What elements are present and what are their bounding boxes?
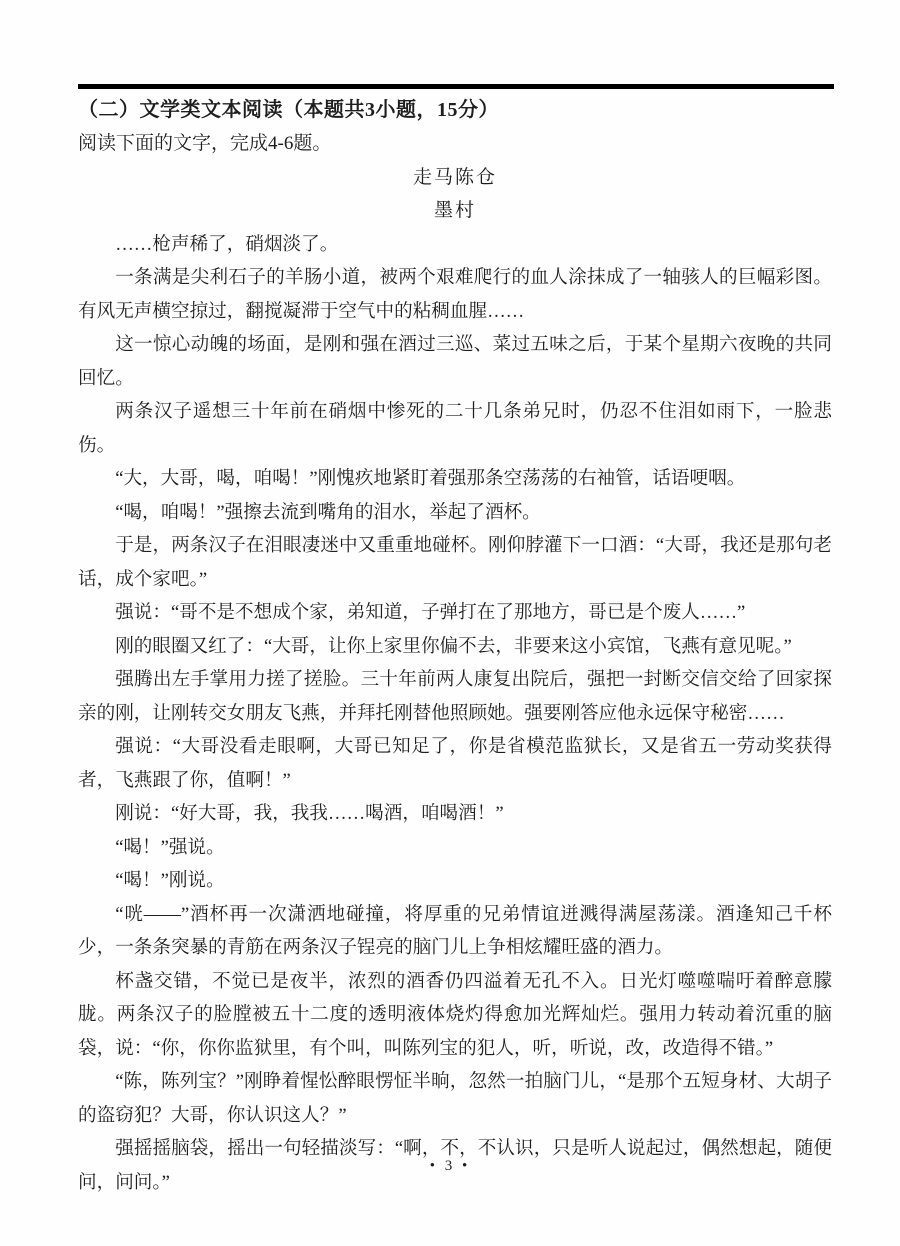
body-paragraph: 杯盏交错，不觉已是夜半，浓烈的酒香仍四溢着无孔不入。日光灯噬噬喘吁着醉意朦胧。两… bbox=[78, 965, 832, 1066]
body-paragraph: 这一惊心动魄的场面，是刚和强在酒过三巡、菜过五味之后，于某个星期六夜晚的共同回忆… bbox=[78, 328, 832, 395]
story-title: 走马陈仓 bbox=[78, 161, 832, 195]
body-paragraph: “大，大哥，喝，咱喝！”刚愧疚地紧盯着强那条空荡荡的右袖管，话语哽咽。 bbox=[78, 462, 832, 496]
reading-instruction: 阅读下面的文字，完成4-6题。 bbox=[78, 127, 832, 161]
body-paragraph: 强说：“大哥没看走眼啊，大哥已知足了，你是省模范监狱长，又是省五一劳动奖获得者，… bbox=[78, 730, 832, 797]
body-paragraph: 一条满是尖利石子的羊肠小道，被两个艰难爬行的血人涂抹成了一轴骇人的巨幅彩图。有风… bbox=[78, 261, 832, 328]
body-paragraph: “咣——”酒杯再一次潇洒地碰撞，将厚重的兄弟情谊迸溅得满屋荡漾。酒逢知己千杯少，… bbox=[78, 898, 832, 965]
body-paragraph: 两条汉子遥想三十年前在硝烟中惨死的二十几条弟兄时，仍忍不住泪如雨下，一脸悲伤。 bbox=[78, 395, 832, 462]
body-paragraph: 刚的眼圈又红了：“大哥，让你上家里你偏不去，非要来这小宾馆，飞燕有意见呢。” bbox=[78, 630, 832, 664]
body-paragraph: 强腾出左手掌用力搓了搓脸。三十年前两人康复出院后，强把一封断交信交给了回家探亲的… bbox=[78, 663, 832, 730]
body-paragraph: “喝！”刚说。 bbox=[78, 864, 832, 898]
page-content: （二）文学类文本阅读（本题共3小题，15分） 阅读下面的文字，完成4-6题。 走… bbox=[78, 93, 832, 1199]
story-body: ……枪声稀了，硝烟淡了。 一条满是尖利石子的羊肠小道，被两个艰难爬行的血人涂抹成… bbox=[78, 228, 832, 1200]
body-paragraph: 强说：“哥不是不想成个家，弟知道，子弹打在了那地方，哥已是个废人……” bbox=[78, 596, 832, 630]
body-paragraph: “喝，咱喝！”强擦去流到嘴角的泪水，举起了酒杯。 bbox=[78, 496, 832, 530]
body-paragraph: ……枪声稀了，硝烟淡了。 bbox=[78, 228, 832, 262]
body-paragraph: “陈，陈列宝？”刚睁着惺忪醉眼愣怔半晌，忽然一拍脑门儿，“是那个五短身材、大胡子… bbox=[78, 1065, 832, 1132]
document-page: （二）文学类文本阅读（本题共3小题，15分） 阅读下面的文字，完成4-6题。 走… bbox=[0, 0, 900, 1246]
body-paragraph: 刚说：“好大哥，我，我我……喝酒，咱喝酒！” bbox=[78, 797, 832, 831]
body-paragraph: “喝！”强说。 bbox=[78, 831, 832, 865]
story-author: 墨村 bbox=[78, 194, 832, 228]
header-rule-line bbox=[78, 84, 834, 89]
section-heading: （二）文学类文本阅读（本题共3小题，15分） bbox=[78, 93, 832, 127]
body-paragraph: 于是，两条汉子在泪眼凄迷中又重重地碰杯。刚仰脖灌下一口酒：“大哥，我还是那句老话… bbox=[78, 529, 832, 596]
page-number: • 3 • bbox=[0, 1156, 900, 1176]
